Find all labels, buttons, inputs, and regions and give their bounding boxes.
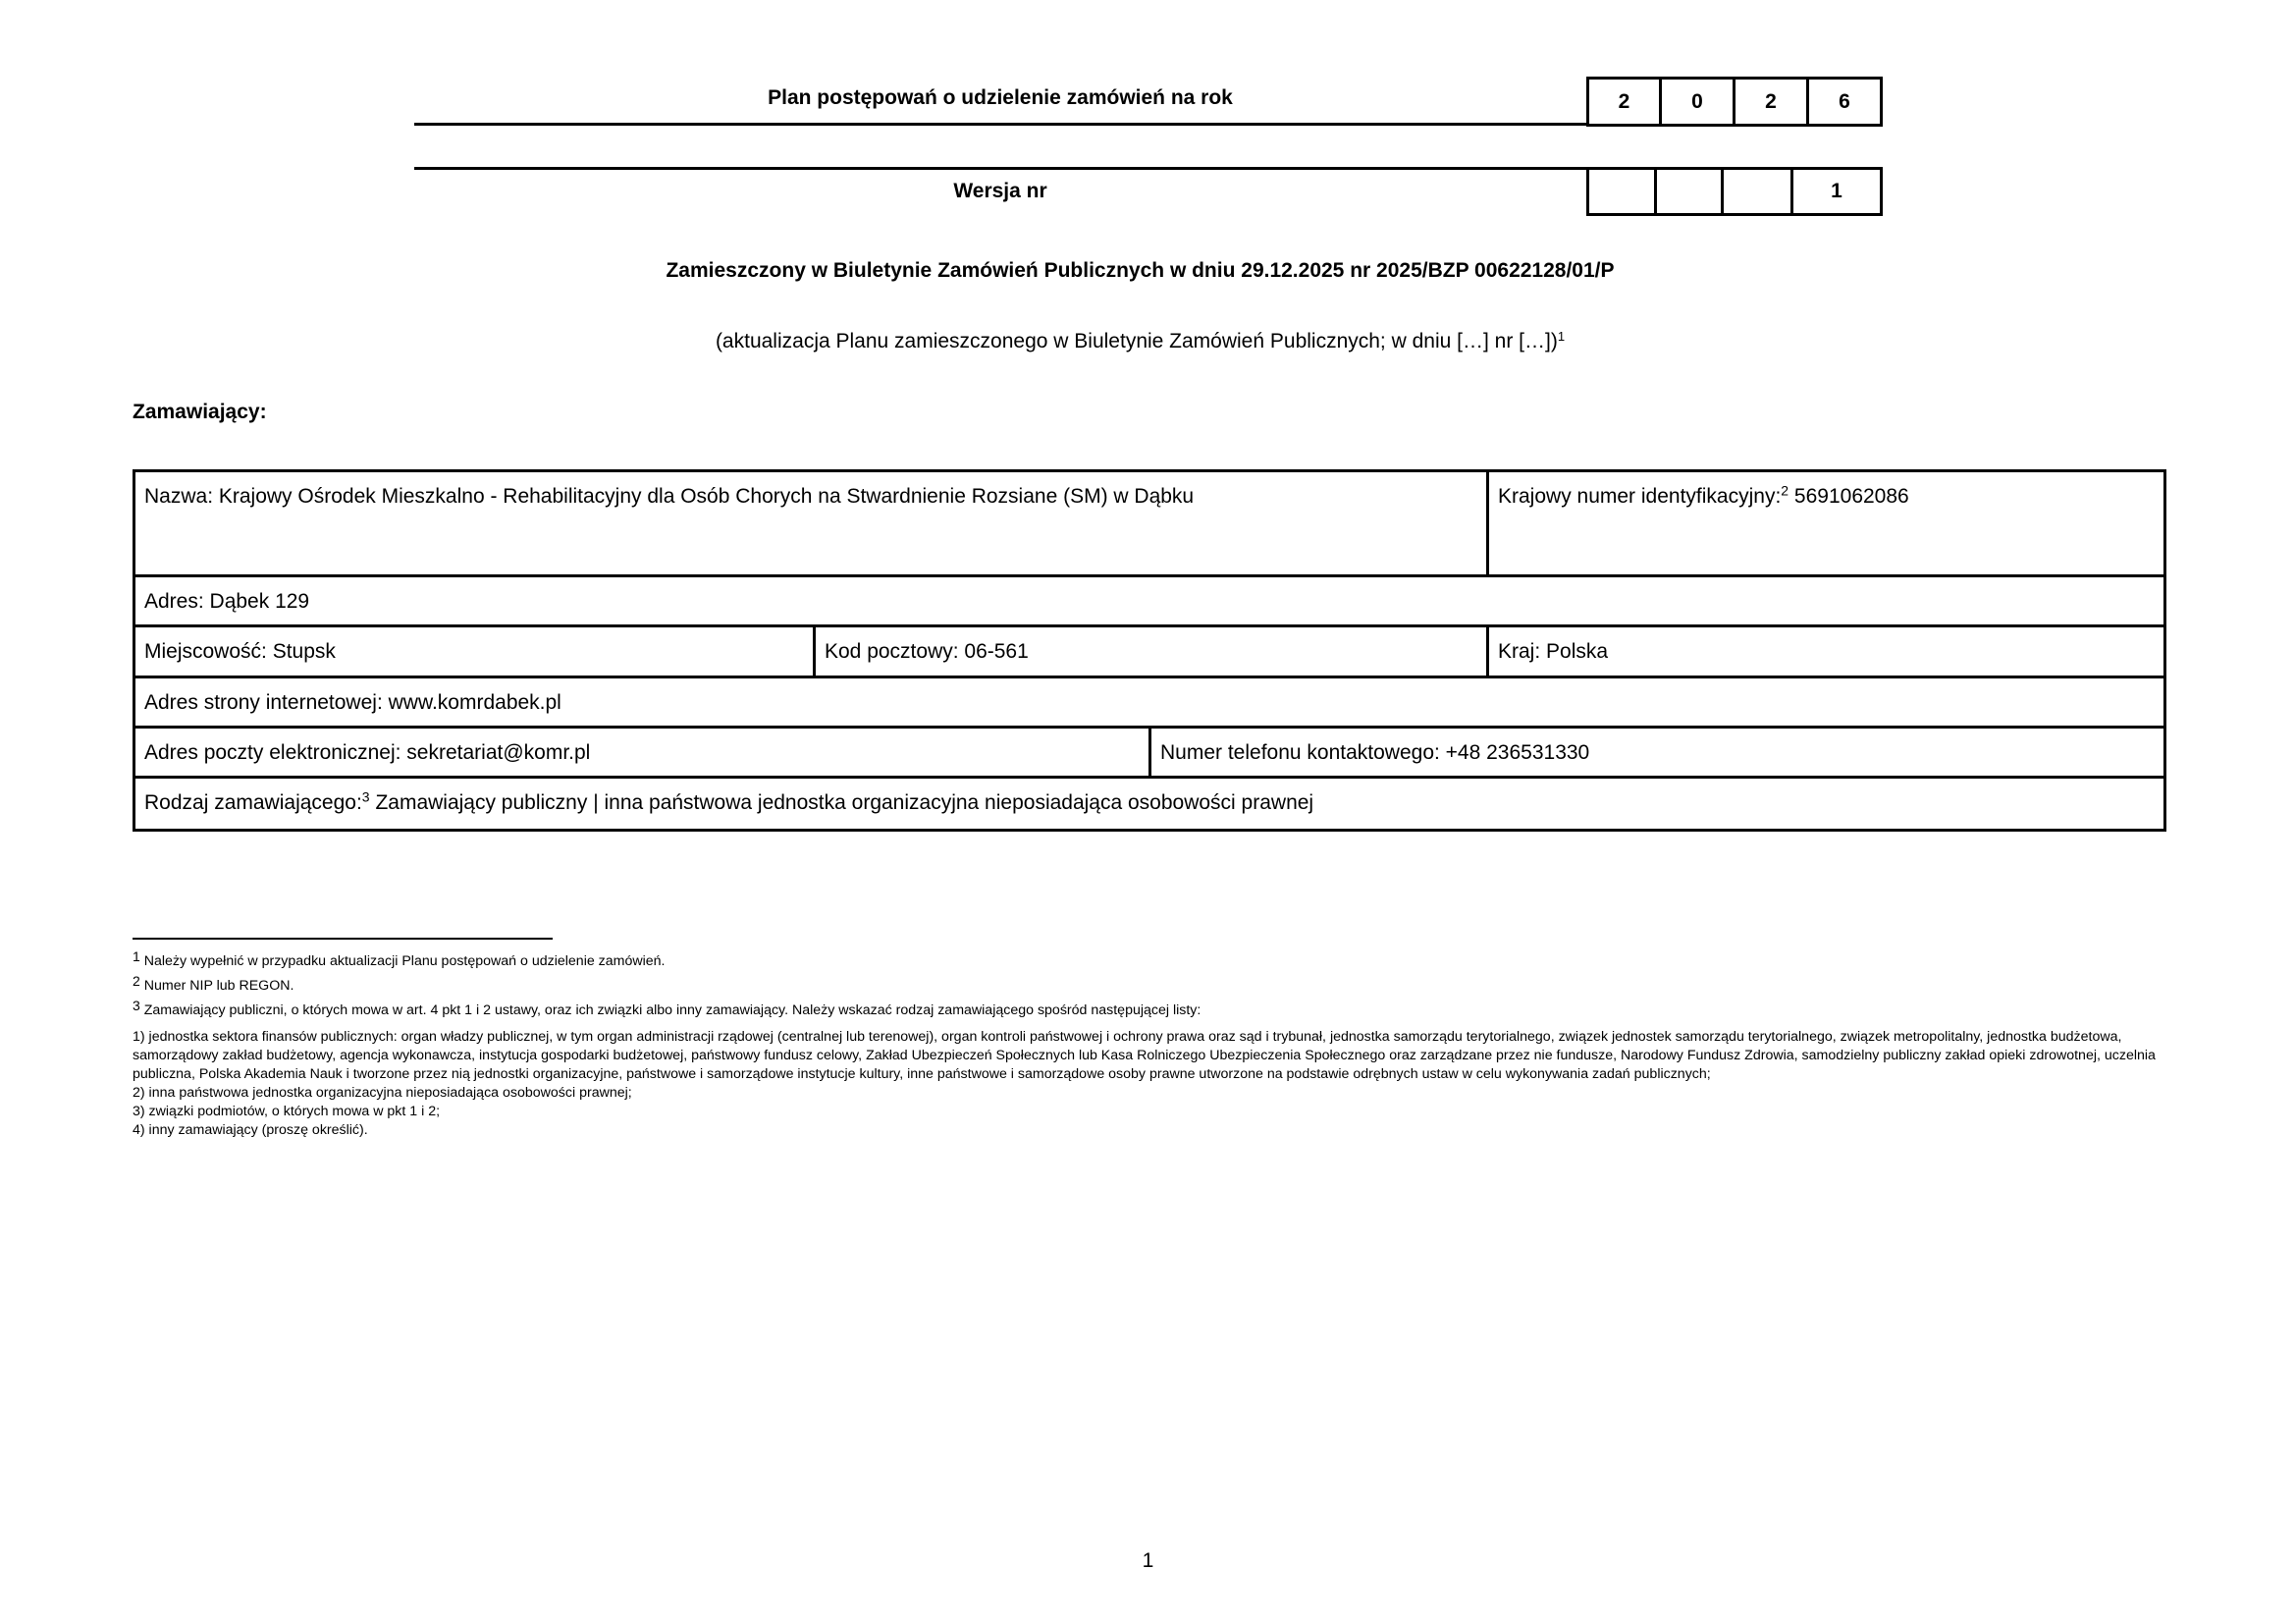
version-digit [1657, 170, 1724, 213]
year-digit: 0 [1662, 80, 1735, 124]
table-row: Adres: Dąbek 129 [135, 577, 2163, 627]
page-number: 1 [0, 1549, 2296, 1573]
published-line: Zamieszczony w Biuletynie Zamówień Publi… [0, 259, 2288, 283]
update-line: (aktualizacja Planu zamieszczonego w Biu… [0, 330, 2288, 353]
footnote-list-item: 3) związki podmiotów, o których mowa w p… [133, 1103, 2174, 1121]
orderer-type: Rodzaj zamawiającego:3 Zamawiający publi… [135, 779, 2163, 829]
year-digit: 2 [1589, 80, 1662, 124]
footnote-1: 1 Należy wypełnić w przypadku aktualizac… [133, 952, 2174, 971]
plan-title: Plan postępowań o udzielenie zamówień na… [414, 86, 1586, 110]
orderer-address: Adres: Dąbek 129 [135, 577, 2163, 624]
version-digit [1724, 170, 1793, 213]
footnote-2: 2 Numer NIP lub REGON. [133, 977, 2174, 996]
table-row: Adres poczty elektronicznej: sekretariat… [135, 729, 2163, 779]
orderer-id: Krajowy numer identyfikacyjny:2 56910620… [1489, 472, 2163, 574]
table-row: Rodzaj zamawiającego:3 Zamawiający publi… [135, 779, 2163, 829]
orderer-website: Adres strony internetowej: www.komrdabek… [135, 678, 2163, 726]
orderer-country: Kraj: Polska [1489, 627, 2163, 676]
footnote-list-item: 1) jednostka sektora finansów publicznyc… [133, 1028, 2174, 1084]
table-row: Miejscowość: Stupsk Kod pocztowy: 06-561… [135, 627, 2163, 678]
footnote-text: Należy wypełnić w przypadku aktualizacji… [144, 953, 666, 969]
orderer-postal-code: Kod pocztowy: 06-561 [816, 627, 1489, 676]
year-digit: 2 [1735, 80, 1809, 124]
footnote-list-item: 4) inny zamawiający (proszę określić). [133, 1121, 2174, 1140]
footnote-ref: 3 [362, 788, 370, 804]
footnote-text: Zamawiający publiczni, o których mowa w … [144, 1002, 1201, 1018]
version-label: Wersja nr [414, 180, 1586, 203]
orderer-id-label: Krajowy numer identyfikacyjny: [1498, 485, 1781, 508]
orderer-id-value: 5691062086 [1794, 485, 1909, 508]
footnote-text: Numer NIP lub REGON. [144, 978, 294, 994]
footnote-separator [133, 938, 553, 940]
orderer-type-label: Rodzaj zamawiającego: [144, 791, 362, 814]
orderer-name: Nazwa: Krajowy Ośrodek Mieszkalno - Reha… [135, 472, 1489, 574]
version-rule [414, 167, 1586, 170]
version-boxes: 1 [1586, 167, 1883, 216]
orderer-email: Adres poczty elektronicznej: sekretariat… [135, 729, 1151, 776]
footnote-list: 1) jednostka sektora finansów publicznyc… [133, 1028, 2174, 1140]
footnote-number: 2 [133, 973, 140, 989]
version-digit [1589, 170, 1657, 213]
footnote-number: 1 [133, 948, 140, 964]
orderer-type-value: Zamawiający publiczny | inna państwowa j… [375, 791, 1313, 814]
year-digit: 6 [1809, 80, 1880, 124]
version-digit: 1 [1793, 170, 1880, 213]
footnote-ref: 1 [1558, 329, 1565, 344]
plan-title-rule [414, 123, 1586, 126]
year-boxes: 2 0 2 6 [1586, 77, 1883, 127]
orderer-phone: Numer telefonu kontaktowego: +48 2365313… [1151, 729, 2163, 776]
orderer-section-label: Zamawiający: [133, 401, 267, 424]
update-line-text: (aktualizacja Planu zamieszczonego w Biu… [716, 330, 1558, 352]
table-row: Nazwa: Krajowy Ośrodek Mieszkalno - Reha… [135, 472, 2163, 577]
table-row: Adres strony internetowej: www.komrdabek… [135, 678, 2163, 729]
footnote-number: 3 [133, 998, 140, 1013]
footnote-ref: 2 [1781, 482, 1789, 498]
footnote-3: 3 Zamawiający publiczni, o których mowa … [133, 1001, 2174, 1020]
footnote-list-item: 2) inna państwowa jednostka organizacyjn… [133, 1084, 2174, 1103]
orderer-city: Miejscowość: Stupsk [135, 627, 816, 676]
orderer-table: Nazwa: Krajowy Ośrodek Mieszkalno - Reha… [133, 469, 2166, 832]
